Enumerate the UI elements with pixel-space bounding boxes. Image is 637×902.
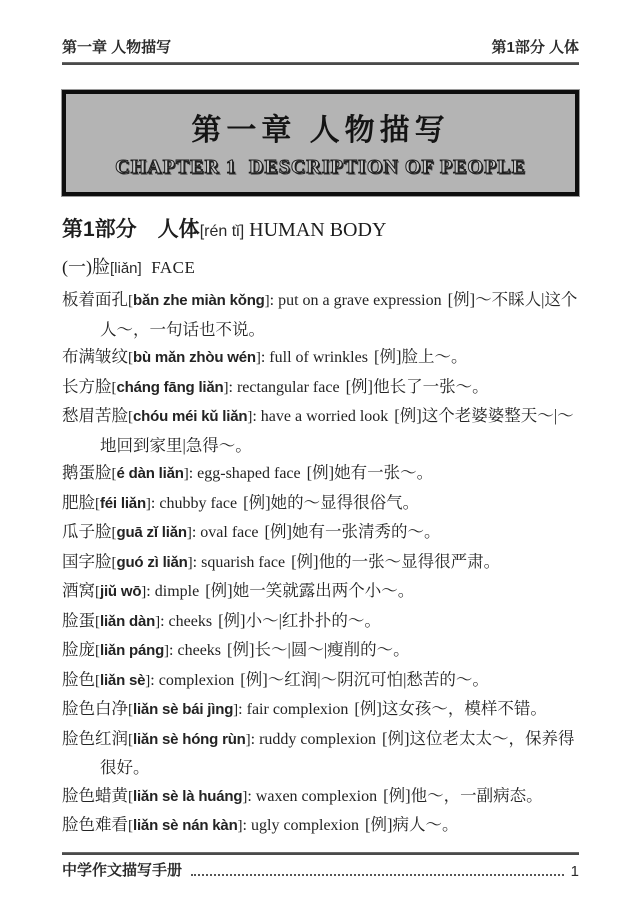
entry-pinyin: guā zǐ liǎn <box>117 524 187 541</box>
chapter-title-box: 第一章 人物描写 CHAPTER 1 DESCRIPTION OF PEOPLE <box>62 90 579 196</box>
example-marker: [例] <box>291 552 319 571</box>
dictionary-entry: 脸色蜡黄[liǎn sè là huáng]waxen complexion[例… <box>62 782 579 812</box>
entry-pinyin: liǎn sè là huáng <box>133 788 242 805</box>
footer-row: 中学作文描写手册 1 <box>62 859 579 880</box>
subsection-heading: (一)脸[liǎn] FACE <box>62 253 579 279</box>
subsection-title-chinese: (一)脸 <box>62 257 110 277</box>
entry-pinyin: liǎn sè nán kàn <box>133 817 238 834</box>
entry-meaning: ruddy complexion <box>251 731 376 748</box>
dictionary-entry: 脸蛋[liǎn dàn]cheeks[例]小～|红扑扑的～。 <box>62 607 579 637</box>
entry-meaning: dimple <box>146 583 199 600</box>
entry-meaning: waxen complexion <box>247 788 377 805</box>
entry-meaning: cheeks <box>160 613 212 630</box>
running-header: 第一章 人物描写 第1部分 人体 <box>62 36 579 57</box>
entry-headword: 脸庞 <box>62 640 95 659</box>
example-marker: [例] <box>448 290 476 309</box>
entry-headword: 脸蛋 <box>62 611 95 630</box>
subsection-pinyin: [liǎn] <box>110 260 142 277</box>
entry-pinyin: é dàn liǎn <box>117 465 184 482</box>
entry-pinyin: liǎn dàn <box>100 613 155 630</box>
example-marker: [例] <box>240 670 268 689</box>
entry-headword: 脸色 <box>62 670 95 689</box>
entry-pinyin: liǎn sè hóng rùn <box>133 731 246 748</box>
book-page: 第一章 人物描写 第1部分 人体 第一章 人物描写 CHAPTER 1 DESC… <box>0 0 637 902</box>
dictionary-entry: 板着面孔[bǎn zhe miàn kǒng]put on a grave ex… <box>62 286 579 343</box>
dictionary-entry: 布满皱纹[bù mǎn zhòu wén]full of wrinkles[例]… <box>62 343 579 373</box>
entry-headword: 鹅蛋脸 <box>62 463 112 482</box>
example-marker: [例] <box>227 640 255 659</box>
footer-book-title: 中学作文描写手册 <box>62 859 182 880</box>
entry-meaning: squarish face <box>193 554 285 571</box>
chapter-title-english: CHAPTER 1 DESCRIPTION OF PEOPLE <box>66 156 575 179</box>
entry-meaning: have a worried look <box>252 408 388 425</box>
page-footer: 中学作文描写手册 1 <box>62 852 579 880</box>
entry-pinyin: liǎn páng <box>100 642 164 659</box>
dictionary-entry: 肥脸[féi liǎn]chubby face[例]她的～显得很俗气。 <box>62 489 579 519</box>
footer-rule <box>62 852 579 855</box>
entry-headword: 瓜子脸 <box>62 522 112 541</box>
entry-meaning: fair complexion <box>238 701 348 718</box>
entry-meaning: oval face <box>192 524 259 541</box>
dictionary-entry: 国字脸[guó zì liǎn]squarish face[例]他的一张～显得很… <box>62 548 579 578</box>
entry-example: 小～|红扑扑的～。 <box>246 611 381 630</box>
entry-headword: 愁眉苦脸 <box>62 406 128 425</box>
entry-pinyin: liǎn sè <box>100 672 145 689</box>
example-marker: [例] <box>205 581 233 600</box>
entry-pinyin: liǎn sè bái jìng <box>133 701 233 718</box>
dictionary-entry: 脸色[liǎn sè]complexion[例]～红润|～阴沉可怕|愁苦的～。 <box>62 666 579 696</box>
entry-example: 他长了一张～。 <box>373 377 489 396</box>
dictionary-entry: 愁眉苦脸[chóu méi kǔ liǎn]have a worried loo… <box>62 402 579 459</box>
entry-example: 她的～显得很俗气。 <box>271 493 420 512</box>
entry-example: 病人～。 <box>392 815 458 834</box>
entry-meaning: ugly complexion <box>243 817 359 834</box>
example-marker: [例] <box>382 729 410 748</box>
example-marker: [例] <box>365 815 393 834</box>
entry-headword: 酒窝 <box>62 581 95 600</box>
entry-headword: 脸色难看 <box>62 815 128 834</box>
section-pinyin: [rén tǐ] <box>200 223 244 240</box>
example-marker: [例] <box>394 406 422 425</box>
example-marker: [例] <box>383 786 411 805</box>
entry-pinyin: féi liǎn <box>100 495 146 512</box>
entry-meaning: rectangular face <box>229 379 340 396</box>
entry-pinyin: jiǔ wō <box>100 583 141 600</box>
section-title-english: HUMAN BODY <box>244 219 386 241</box>
entry-example: 她有一张～。 <box>334 463 433 482</box>
entry-list: 板着面孔[bǎn zhe miàn kǒng]put on a grave ex… <box>62 286 579 841</box>
dictionary-entry: 瓜子脸[guā zǐ liǎn]oval face[例]她有一张清秀的～。 <box>62 518 579 548</box>
footer-page-number: 1 <box>571 863 579 880</box>
entry-example: 他～，一副病态。 <box>411 786 543 805</box>
entry-headword: 板着面孔 <box>62 290 128 309</box>
entry-example: 脸上～。 <box>401 347 467 366</box>
entry-headword: 脸色红润 <box>62 729 128 748</box>
example-marker: [例] <box>374 347 402 366</box>
entry-meaning: complexion <box>150 672 234 689</box>
section-heading: 第1部分 人体[rén tǐ] HUMAN BODY <box>62 213 579 243</box>
example-marker: [例] <box>346 377 374 396</box>
example-marker: [例] <box>243 493 271 512</box>
dictionary-entry: 脸色白净[liǎn sè bái jìng]fair complexion[例]… <box>62 695 579 725</box>
entry-pinyin: guó zì liǎn <box>117 554 188 571</box>
example-marker: [例] <box>354 699 382 718</box>
entry-example: 他的一张～显得很严肃。 <box>319 552 501 571</box>
entry-headword: 国字脸 <box>62 552 112 571</box>
header-rule <box>62 62 579 65</box>
entry-example: 她有一张清秀的～。 <box>292 522 441 541</box>
example-marker: [例] <box>264 522 292 541</box>
entry-example: ～红润|～阴沉可怕|愁苦的～。 <box>268 670 489 689</box>
entry-meaning: put on a grave expression <box>270 292 442 309</box>
running-header-section: 第1部分 人体 <box>491 36 579 57</box>
dictionary-entry: 鹅蛋脸[é dàn liǎn]egg-shaped face[例]她有一张～。 <box>62 459 579 489</box>
entry-meaning: cheeks <box>169 642 221 659</box>
dictionary-entry: 脸庞[liǎn páng]cheeks[例]长～|圆～|瘦削的～。 <box>62 636 579 666</box>
entry-headword: 脸色蜡黄 <box>62 786 128 805</box>
entry-meaning: chubby face <box>151 495 237 512</box>
example-marker: [例] <box>218 611 246 630</box>
entry-meaning: full of wrinkles <box>261 349 368 366</box>
entry-headword: 脸色白净 <box>62 699 128 718</box>
entry-pinyin: bǎn zhe miàn kǒng <box>133 292 265 309</box>
entry-example: 她一笑就露出两个小～。 <box>233 581 415 600</box>
subsection-title-english: FACE <box>142 258 196 277</box>
entry-pinyin: chóu méi kǔ liǎn <box>133 408 247 425</box>
entry-headword: 肥脸 <box>62 493 95 512</box>
example-marker: [例] <box>307 463 335 482</box>
entry-pinyin: bù mǎn zhòu wén <box>133 349 256 366</box>
footer-dotted-leader <box>191 874 564 876</box>
entry-headword: 长方脸 <box>62 377 112 396</box>
entry-meaning: egg-shaped face <box>189 465 301 482</box>
entry-example: 这女孩～，模样不错。 <box>382 699 547 718</box>
dictionary-entry: 长方脸[cháng fāng liǎn]rectangular face[例]他… <box>62 373 579 403</box>
chapter-title-chinese: 第一章 人物描写 <box>66 105 575 149</box>
dictionary-entry: 脸色难看[liǎn sè nán kàn]ugly complexion[例]病… <box>62 811 579 841</box>
dictionary-entry: 脸色红润[liǎn sè hóng rùn]ruddy complexion[例… <box>62 725 579 782</box>
entry-pinyin: cháng fāng liǎn <box>117 379 224 396</box>
section-title-chinese: 第1部分 人体 <box>62 218 200 241</box>
entry-example: 长～|圆～|瘦削的～。 <box>255 640 410 659</box>
running-header-chapter: 第一章 人物描写 <box>62 36 171 57</box>
entry-headword: 布满皱纹 <box>62 347 128 366</box>
dictionary-entry: 酒窝[jiǔ wō]dimple[例]她一笑就露出两个小～。 <box>62 577 579 607</box>
